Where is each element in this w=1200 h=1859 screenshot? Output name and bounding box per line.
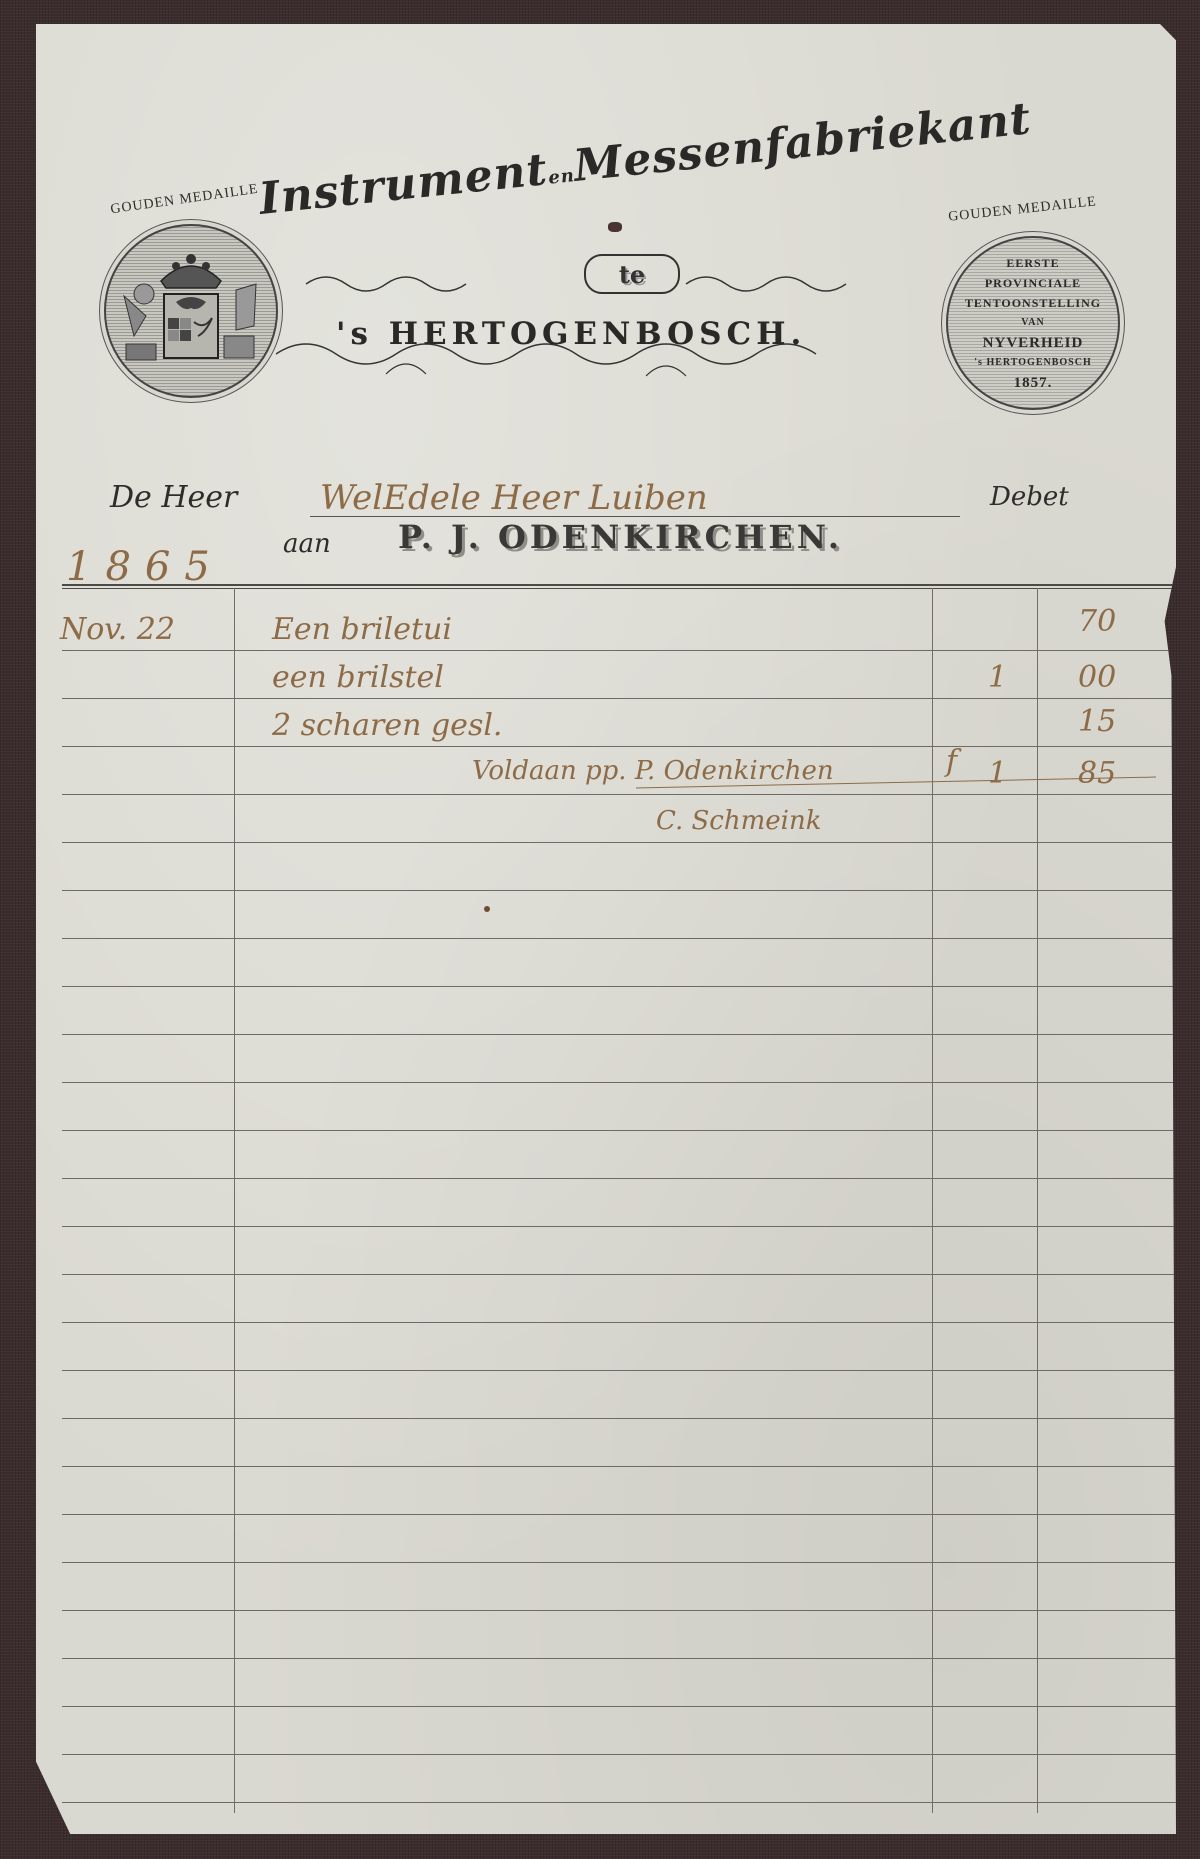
entry-description: 2 scharen gesl. <box>272 708 502 743</box>
entry-cents: 70 <box>1078 604 1116 639</box>
cents-column-divider <box>1037 588 1038 1813</box>
signature: C. Schmeink <box>656 806 821 836</box>
entry-cents: 00 <box>1078 660 1116 695</box>
header-rule <box>62 584 1194 586</box>
paid-note: Voldaan pp. P. Odenkirchen <box>472 756 834 786</box>
currency-mark: f <box>946 744 957 779</box>
total-guilders: 1 <box>988 756 1007 791</box>
invoice-paper: GOUDEN MEDAILLE InstrumentenMessenfabrie… <box>36 24 1176 1834</box>
date-column-divider <box>234 588 235 1813</box>
entry-date: Nov. 22 <box>60 612 175 647</box>
total-cents: 85 <box>1078 756 1116 791</box>
entry-description: Een briletui <box>272 612 452 647</box>
header-rule <box>62 588 1194 589</box>
ledger-grid <box>36 24 1176 1834</box>
entry-guilders: 1 <box>988 660 1007 695</box>
guilder-column-divider <box>932 588 933 1813</box>
entry-description: een brilstel <box>272 660 444 695</box>
ink-spot <box>484 906 490 912</box>
entry-cents: 15 <box>1078 704 1116 739</box>
